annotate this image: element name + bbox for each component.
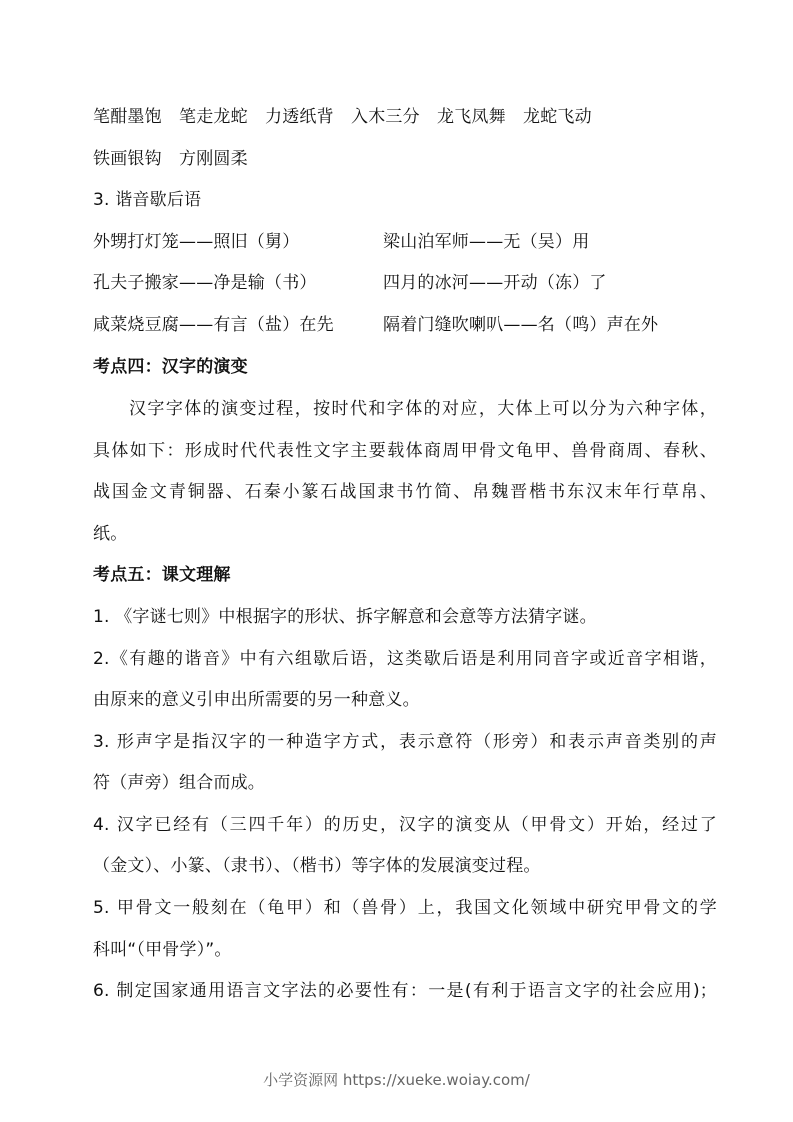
kaodian-5-item-6: 6. 制定国家通用语言文字法的必要性有：一是(有利于语言文字的社会应用)；: [93, 980, 717, 1002]
idioms-line-1: 笔酣墨饱 笔走龙蛇 力透纸背 入木三分 龙飞凤舞 龙蛇飞动: [93, 106, 717, 128]
kaodian-5-item-5-cont: 科叫“（甲骨学）”。: [93, 939, 717, 961]
kaodian-5-heading: 考点五：课文理解: [93, 564, 717, 586]
kaodian-5-item-4-cont: （金文）、小篆、（隶书）、（楷书）等字体的发展演变过程。: [93, 855, 717, 877]
section-3-title: 3. 谐音歇后语: [93, 189, 717, 211]
xiehouyu-right: 四月的冰河——开动（冻）了: [383, 272, 607, 294]
xiehouyu-left: 孔夫子搬家——净是输（书）: [93, 273, 317, 293]
kaodian-5-item-5: 5. 甲骨文一般刻在（龟甲）和（兽骨）上，我国文化领域中研究甲骨文的学: [93, 897, 717, 919]
kaodian-5-item-2-cont: 由原来的意义引申出所需要的另一种意义。: [93, 689, 717, 711]
kaodian-4-paragraph-line: 战国金文青铜器、石秦小篆石战国隶书竹简、帛魏晋楷书东汉末年行草帛、: [93, 481, 717, 503]
kaodian-4-paragraph-line: 具体如下：形成时代代表性文字主要载体商周甲骨文龟甲、兽骨商周、春秋、: [93, 440, 717, 462]
footer-watermark: 小学资源网 https://xueke.woiay.com/: [0, 1069, 793, 1090]
kaodian-5-item-3: 3. 形声字是指汉字的一种造字方式，表示意符（形旁）和表示声音类别的声: [93, 731, 717, 753]
kaodian-4-paragraph-line: 纸。: [93, 523, 717, 545]
xiehouyu-row: 孔夫子搬家——净是输（书） 四月的冰河——开动（冻）了: [93, 272, 717, 294]
kaodian-4-heading: 考点四：汉字的演变: [93, 356, 717, 378]
xiehouyu-row: 外甥打灯笼——照旧（舅） 梁山泊军师——无（吴）用: [93, 231, 717, 253]
xiehouyu-left: 咸菜烧豆腐——有言（盐）在先: [93, 315, 334, 335]
xiehouyu-right: 隔着门缝吹喇叭——名（鸣）声在外: [383, 314, 658, 336]
xiehouyu-row: 咸菜烧豆腐——有言（盐）在先 隔着门缝吹喇叭——名（鸣）声在外: [93, 314, 717, 336]
xiehouyu-right: 梁山泊军师——无（吴）用: [383, 231, 589, 253]
idioms-line-2: 铁画银钩 方刚圆柔: [93, 148, 717, 170]
kaodian-5-item-3-cont: 符（声旁）组合而成。: [93, 772, 717, 794]
kaodian-5-item-2: 2.《有趣的谐音》中有六组歇后语，这类歇后语是利用同音字或近音字相谐，: [93, 648, 717, 670]
kaodian-5-item-1: 1. 《字谜七则》中根据字的形状、拆字解意和会意等方法猜字谜。: [93, 606, 717, 628]
kaodian-5-item-4: 4. 汉字已经有（三四千年）的历史，汉字的演变从（甲骨文）开始，经过了: [93, 814, 717, 836]
xiehouyu-left: 外甥打灯笼——照旧（舅）: [93, 232, 299, 252]
document-page: 笔酣墨饱 笔走龙蛇 力透纸背 入木三分 龙飞凤舞 龙蛇飞动 铁画银钩 方刚圆柔 …: [0, 0, 793, 1122]
kaodian-4-paragraph-line: 汉字字体的演变过程，按时代和字体的对应，大体上可以分为六种字体，: [129, 398, 717, 420]
